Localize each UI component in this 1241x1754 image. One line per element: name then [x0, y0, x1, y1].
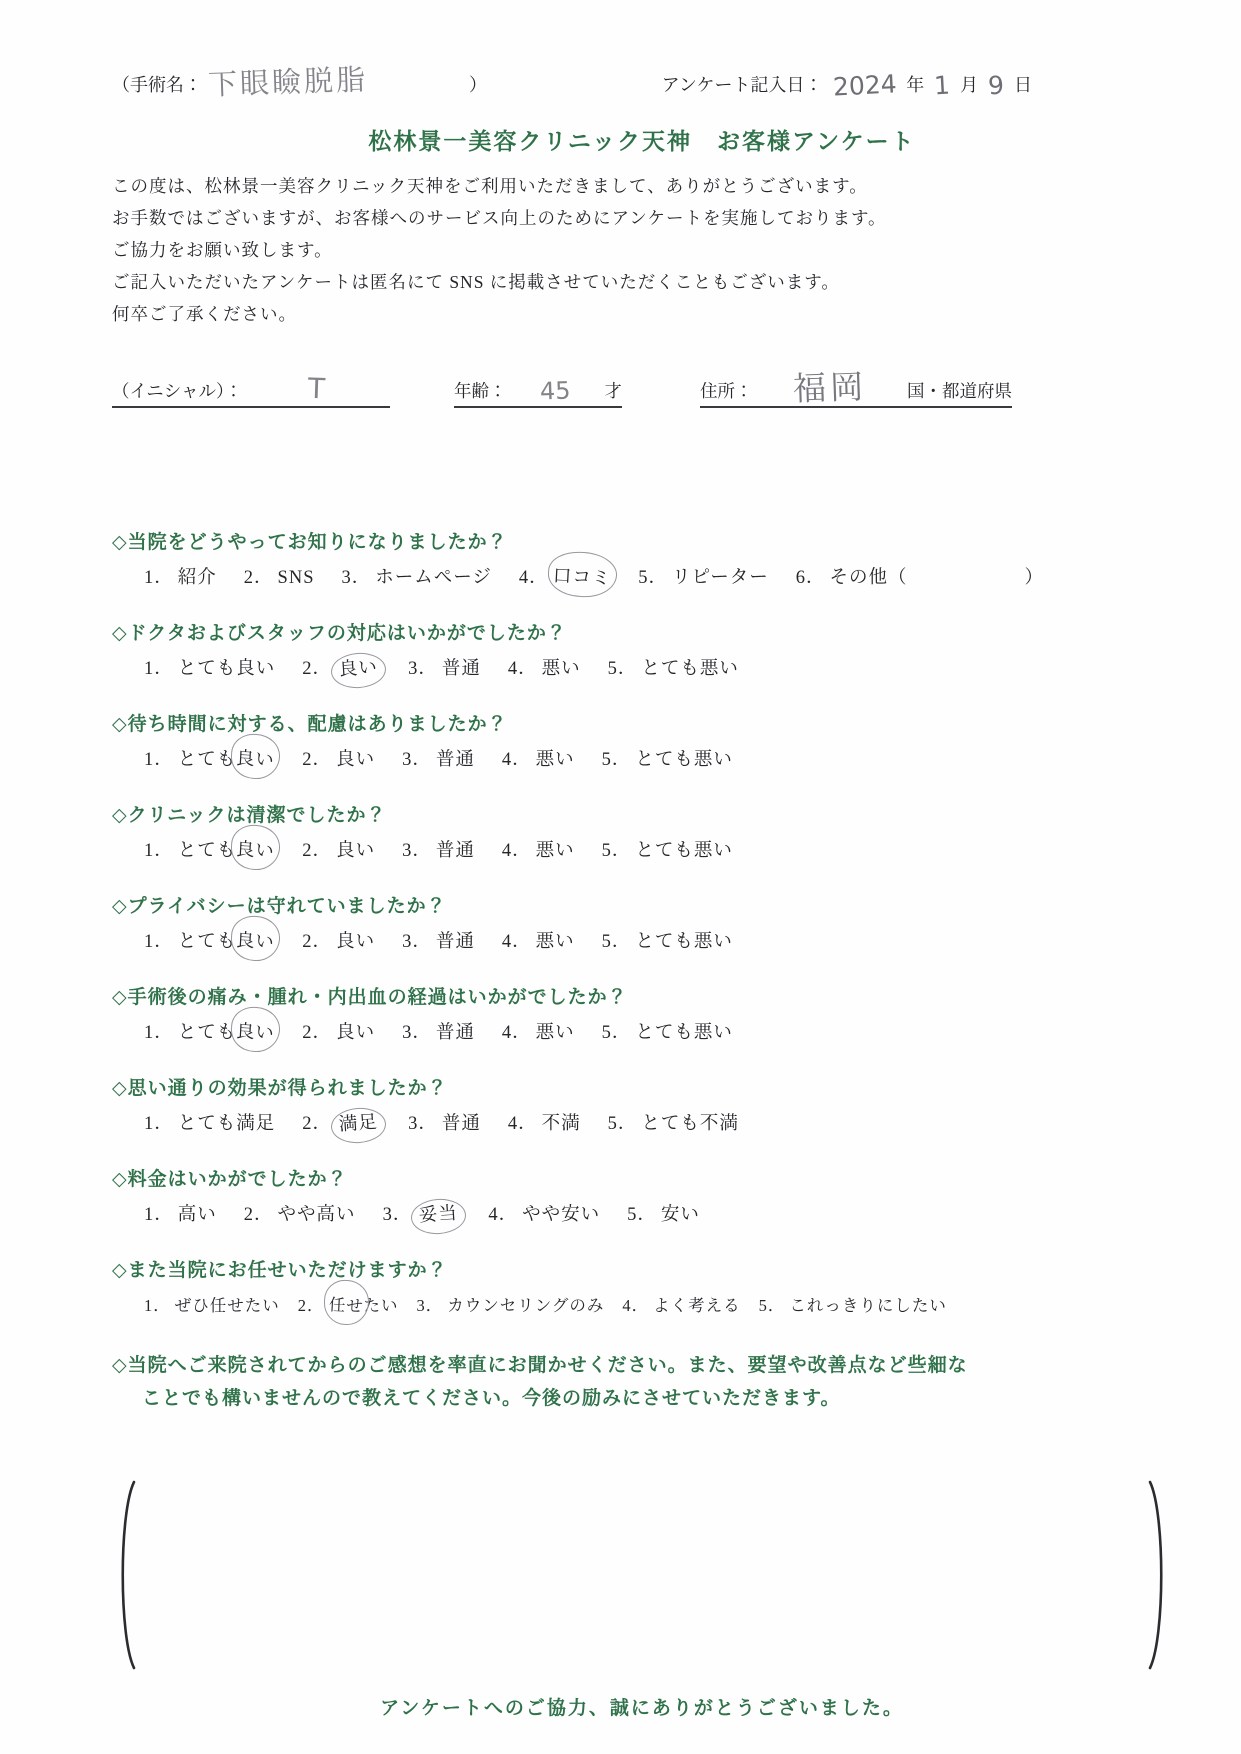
handdrawn-circle: 良い [230, 1006, 281, 1054]
day-suffix: 日 [1014, 71, 1032, 97]
option-item: 3．普通 [408, 1114, 481, 1134]
age-field: 年齢： 45 才 [454, 356, 622, 408]
option-item: 1．とても良い [144, 659, 275, 679]
option-number: 3． [383, 1205, 413, 1225]
option-number: 5． [627, 1205, 657, 1225]
option-number: 4． [488, 1205, 518, 1225]
question-options: 1．紹介2．SNS3．ホームページ4．口コミ5．リピーター6．その他（ ） [112, 565, 1172, 592]
question-options: 1．高い2．やや高い3．妥当4．やや安い5．安い [112, 1202, 1172, 1229]
comment-bracket-right [1146, 1479, 1172, 1671]
comment-bracket-left [112, 1479, 138, 1671]
handdrawn-circle: 妥当 [410, 1197, 467, 1236]
initial-label: （イニシャル）： [112, 378, 242, 403]
option-number: 3． [402, 932, 432, 952]
option-number: 2． [302, 750, 332, 770]
option-item: 1．高い [144, 1205, 217, 1225]
option-number: 5． [602, 932, 632, 952]
option-item: 3．カウンセリングのみ [417, 1296, 605, 1315]
option-number: 1． [144, 841, 174, 861]
questions: ◇当院をどうやってお知りになりましたか？1．紹介2．SNS3．ホームページ4．口… [112, 530, 1172, 1320]
option-number: 2． [298, 1296, 325, 1315]
survey-date-field: アンケート記入日： 2024 年 1 月 9 日 [662, 68, 1032, 97]
option-number: 3． [408, 659, 438, 679]
comment-prompt-line: ことでも構いませんので教えてください。今後の励みにさせていただきます。 [112, 1382, 1172, 1415]
question-heading: ◇ドクタおよびスタッフの対応はいかがでしたか？ [112, 621, 1172, 647]
intro-line: この度は、松林景一美容クリニック天神をご利用いただきまして、ありがとうございます… [112, 170, 1172, 202]
option-item: 1．とても満足 [144, 1114, 275, 1134]
option-item: 5．安い [627, 1205, 700, 1225]
option-number: 1． [144, 932, 174, 952]
question-options: 1．とても良い2．良い3．普通4．悪い5．とても悪い [112, 929, 1172, 956]
option-number: 1． [144, 750, 174, 770]
option-number: 4． [502, 841, 532, 861]
question-block: ◇また当院にお任せいただけますか？1．ぜひ任せたい2．任せたい3．カウンセリング… [112, 1258, 1172, 1320]
question-options: 1．とても良い2．良い3．普通4．悪い5．とても悪い [112, 656, 1172, 683]
option-item: 5．とても悪い [602, 1023, 733, 1043]
handdrawn-circle: 任せ [322, 1279, 369, 1326]
option-number: 4． [502, 750, 532, 770]
identity-row: （イニシャル）： T 年齢： 45 才 住所： 福岡 国・都道府県 [112, 356, 1172, 408]
survey-page: （手術名： 下眼瞼脱脂 ） アンケート記入日： 2024 年 1 月 9 日 松… [0, 0, 1241, 1720]
option-item: 1．とても良い [144, 750, 275, 770]
comment-prompt: ◇当院へご来院されてからのご感想を率直にお聞かせください。また、要望や改善点など… [112, 1349, 1172, 1415]
option-number: 1． [144, 568, 174, 588]
option-item: 3．妥当 [383, 1205, 462, 1225]
question-block: ◇待ち時間に対する、配慮はありましたか？1．とても良い2．良い3．普通4．悪い5… [112, 712, 1172, 774]
question-heading: ◇当院をどうやってお知りになりましたか？ [112, 530, 1172, 556]
option-number: 2． [244, 568, 274, 588]
question-block: ◇料金はいかがでしたか？1．高い2．やや高い3．妥当4．やや安い5．安い [112, 1167, 1172, 1229]
option-number: 4． [508, 659, 538, 679]
option-number: 5． [602, 841, 632, 861]
option-item: 3．普通 [402, 932, 475, 952]
option-item: 4．不満 [508, 1114, 581, 1134]
option-item: 4．口コミ [519, 568, 611, 588]
intro-line: ご記入いただいたアンケートは匿名にて SNS に掲載させていただくこともございま… [112, 266, 1172, 298]
option-number: 3． [402, 841, 432, 861]
option-number: 4． [502, 932, 532, 952]
option-number: 3． [417, 1296, 444, 1315]
age-label: 年齢： [454, 378, 507, 403]
option-number: 1． [144, 1023, 174, 1043]
address-field: 住所： 福岡 国・都道府県 [700, 356, 1012, 408]
option-item: 2．やや高い [244, 1205, 356, 1225]
option-number: 5． [759, 1296, 786, 1315]
question-block: ◇当院をどうやってお知りになりましたか？1．紹介2．SNS3．ホームページ4．口… [112, 530, 1172, 592]
question-block: ◇思い通りの効果が得られましたか？1．とても満足2．満足3．普通4．不満5．とて… [112, 1076, 1172, 1138]
option-number: 4． [622, 1296, 649, 1315]
option-item: 3．普通 [408, 659, 481, 679]
option-item: 4．悪い [508, 659, 581, 679]
question-block: ◇ドクタおよびスタッフの対応はいかがでしたか？1．とても良い2．良い3．普通4．… [112, 621, 1172, 683]
question-block: ◇クリニックは清潔でしたか？1．とても良い2．良い3．普通4．悪い5．とても悪い [112, 803, 1172, 865]
option-item: 5．リピーター [638, 568, 769, 588]
month-suffix: 月 [960, 71, 978, 97]
initial-field: （イニシャル）： T [112, 356, 390, 408]
option-number: 1． [144, 1296, 171, 1315]
option-item: 4．悪い [502, 932, 575, 952]
option-number: 1． [144, 1205, 174, 1225]
page-header: （手術名： 下眼瞼脱脂 ） アンケート記入日： 2024 年 1 月 9 日 [112, 56, 1172, 97]
option-number: 4． [519, 568, 549, 588]
option-number: 5． [602, 750, 632, 770]
option-item: 2．満足 [302, 1114, 381, 1134]
option-item: 3．普通 [402, 750, 475, 770]
option-item: 1．とても良い [144, 932, 275, 952]
question-options: 1．とても良い2．良い3．普通4．悪い5．とても悪い [112, 747, 1172, 774]
date-day-handwritten: 9 [981, 70, 1010, 100]
surgery-close-paren: ） [469, 71, 487, 97]
option-item: 4．よく考える [622, 1296, 740, 1315]
address-suffix: 国・都道府県 [907, 378, 1012, 403]
option-number: 4． [502, 1023, 532, 1043]
option-item: 5．とても悪い [602, 750, 733, 770]
option-number: 3． [402, 750, 432, 770]
question-heading: ◇待ち時間に対する、配慮はありましたか？ [112, 712, 1172, 738]
year-suffix: 年 [906, 71, 924, 97]
intro-line: 何卒ご了承ください。 [112, 298, 1172, 330]
option-item: 2．良い [302, 659, 381, 679]
age-suffix: 才 [605, 378, 623, 403]
option-item: 5．とても不満 [608, 1114, 739, 1134]
page-title: 松林景一美容クリニック天神 お客様アンケート [112, 123, 1172, 156]
comment-prompt-line: ◇当院へご来院されてからのご感想を率直にお聞かせください。また、要望や改善点など… [112, 1349, 1172, 1382]
survey-date-label: アンケート記入日： [662, 71, 823, 97]
question-heading: ◇クリニックは清潔でしたか？ [112, 803, 1172, 829]
question-heading: ◇思い通りの効果が得られましたか？ [112, 1076, 1172, 1102]
option-number: 1． [144, 659, 174, 679]
date-year-handwritten: 2024 [826, 69, 903, 102]
option-item: 2．SNS [244, 568, 315, 588]
question-block: ◇手術後の痛み・腫れ・内出血の経過はいかがでしたか？1．とても良い2．良い3．普… [112, 985, 1172, 1047]
option-item: 1．ぜひ任せたい [144, 1296, 280, 1315]
handdrawn-circle: 良い [230, 915, 281, 963]
question-options: 1．とても良い2．良い3．普通4．悪い5．とても悪い [112, 1020, 1172, 1047]
option-number: 2． [302, 841, 332, 861]
option-item: 2．任せたい [298, 1296, 399, 1315]
option-number: 3． [402, 1023, 432, 1043]
surgery-field: （手術名： 下眼瞼脱脂 ） [112, 56, 487, 97]
handdrawn-circle: 良い [230, 733, 281, 781]
footer-thanks: アンケートへのご協力、誠にありがとうございました。 [112, 1693, 1172, 1720]
option-item: 2．良い [302, 841, 375, 861]
option-number: 2． [302, 1023, 332, 1043]
option-number: 2． [302, 932, 332, 952]
initial-handwritten: T [307, 372, 325, 406]
question-options: 1．とても満足2．満足3．普通4．不満5．とても不満 [112, 1111, 1172, 1138]
option-item: 3．ホームページ [342, 568, 492, 588]
option-number: 2． [302, 659, 332, 679]
surgery-label: （手術名： [112, 71, 202, 97]
option-item: 2．良い [302, 1023, 375, 1043]
option-item: 2．良い [302, 750, 375, 770]
option-item: 4．悪い [502, 750, 575, 770]
intro-paragraph: この度は、松林景一美容クリニック天神をご利用いただきまして、ありがとうございます… [112, 170, 1172, 330]
option-number: 6． [796, 568, 826, 588]
option-item: 4．悪い [502, 841, 575, 861]
option-item: 3．普通 [402, 841, 475, 861]
address-label: 住所： [700, 378, 753, 403]
option-item: 1．とても良い [144, 841, 275, 861]
intro-line: お手数ではございますが、お客様へのサービス向上のためにアンケートを実施しておりま… [112, 202, 1172, 234]
option-number: 3． [408, 1114, 438, 1134]
option-item: 6．その他（ ） [796, 568, 1044, 588]
option-number: 1． [144, 1114, 174, 1134]
option-item: 1．紹介 [144, 568, 217, 588]
option-number: 3． [342, 568, 372, 588]
option-number: 5． [602, 1023, 632, 1043]
handdrawn-circle: 満足 [330, 1106, 387, 1145]
question-options: 1．ぜひ任せたい2．任せたい3．カウンセリングのみ4．よく考える5．これっきりに… [112, 1293, 1172, 1320]
question-options: 1．とても良い2．良い3．普通4．悪い5．とても悪い [112, 838, 1172, 865]
option-item: 4．悪い [502, 1023, 575, 1043]
handdrawn-circle: 良い [230, 824, 281, 872]
age-handwritten: 45 [540, 376, 572, 405]
option-item: 5．とても悪い [608, 659, 739, 679]
handdrawn-circle: 良い [330, 651, 387, 690]
option-item: 5．これっきりにしたい [759, 1296, 947, 1315]
intro-line: ご協力をお願い致します。 [112, 234, 1172, 266]
comment-blank-space [138, 1479, 1146, 1671]
option-item: 2．良い [302, 932, 375, 952]
option-number: 4． [508, 1114, 538, 1134]
option-item: 5．とても悪い [602, 932, 733, 952]
option-item: 4．やや安い [488, 1205, 600, 1225]
option-number: 5． [608, 1114, 638, 1134]
option-number: 2． [302, 1114, 332, 1134]
option-number: 5． [638, 568, 668, 588]
surgery-name-handwritten: 下眼瞼脱脂 [207, 57, 368, 104]
option-item: 1．とても良い [144, 1023, 275, 1043]
question-heading: ◇また当院にお任せいただけますか？ [112, 1258, 1172, 1284]
option-number: 2． [244, 1205, 274, 1225]
address-handwritten: 福岡 [792, 361, 868, 411]
comment-area [112, 1479, 1172, 1671]
question-heading: ◇プライバシーは守れていましたか？ [112, 894, 1172, 920]
question-block: ◇プライバシーは守れていましたか？1．とても良い2．良い3．普通4．悪い5．とて… [112, 894, 1172, 956]
option-item: 5．とても悪い [602, 841, 733, 861]
option-number: 5． [608, 659, 638, 679]
option-item: 3．普通 [402, 1023, 475, 1043]
question-heading: ◇手術後の痛み・腫れ・内出血の経過はいかがでしたか？ [112, 985, 1172, 1011]
question-heading: ◇料金はいかがでしたか？ [112, 1167, 1172, 1193]
date-month-handwritten: 1 [927, 70, 956, 100]
handdrawn-circle: 口コミ [547, 550, 618, 599]
